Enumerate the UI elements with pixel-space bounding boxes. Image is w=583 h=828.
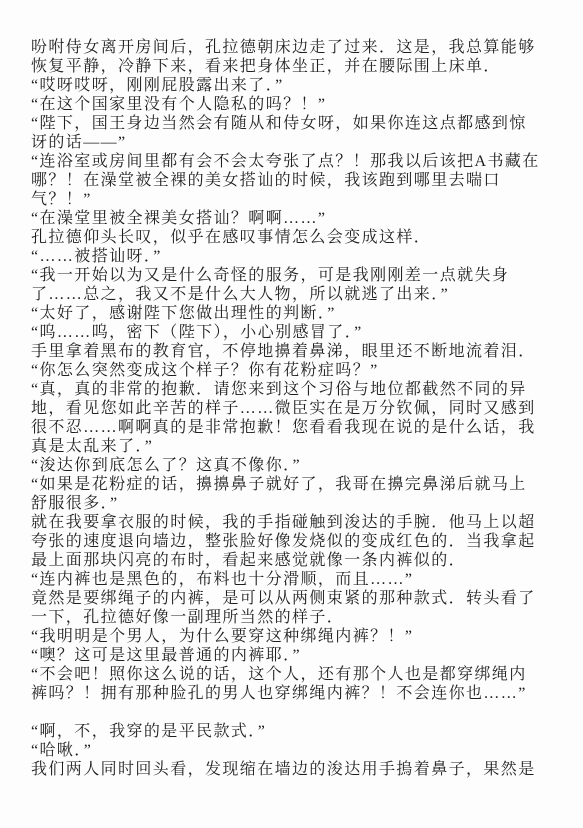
text-line: 竟然是要绑绳子的内裤，是可以从两侧束紧的那种款式．转头看了 (31, 589, 557, 608)
text-block: 吩咐侍女离开房间后，孔拉德朝床边走了过来．这是，我总算能够恢复平静，冷静下来，看… (31, 38, 557, 779)
text-line: 一下，孔拉德好像一副理所当然的样子． (31, 608, 557, 627)
text-line: “噢？这可是这里最普通的内裤耶．” (31, 646, 557, 665)
text-line: 地，看见您如此辛苦的样子……微臣实在是万分钦佩，同时又感到 (31, 399, 557, 418)
text-line: “陛下，国王身边当然会有随从和侍女呀，如果你连这点都感到惊 (31, 114, 557, 133)
text-line: 我们两人同时回头看，发现缩在墙边的浚达用手摀着鼻子，果然是 (31, 760, 557, 779)
text-line: “不会吧！照你这么说的话，这个人，还有那个人也是都穿绑绳内 (31, 665, 557, 684)
text-line: 舒服很多．” (31, 494, 557, 513)
text-line: “……被搭讪呀．” (31, 247, 557, 266)
text-line: “连内裤也是黑色的，布料也十分滑顺，而且……” (31, 570, 557, 589)
text-line: “在澡堂里被全裸美女搭讪？啊啊……” (31, 209, 557, 228)
text-line: “浚达你到底怎么了？这真不像你．” (31, 456, 557, 475)
text-line: “啊，不，我穿的是平民款式．” (31, 722, 557, 741)
novel-page: 吩咐侍女离开房间后，孔拉德朝床边走了过来．这是，我总算能够恢复平静，冷静下来，看… (0, 0, 583, 828)
text-line: 就在我要拿衣服的时候，我的手指碰触到浚达的手腕．他马上以超 (31, 513, 557, 532)
text-line: 最上面那块闪亮的布时，看起来感觉就像一条内裤似的． (31, 551, 557, 570)
text-line: “哎呀哎呀，刚刚屁股露出来了．” (31, 76, 557, 95)
text-line: “太好了，感谢陛下您做出理性的判断．” (31, 304, 557, 323)
text-line: “真，真的非常的抱歉．请您来到这个习俗与地位都截然不同的异 (31, 380, 557, 399)
text-line: “如果是花粉症的话，擤擤鼻子就好了，我哥在擤完鼻涕后就马上 (31, 475, 557, 494)
text-line: 真是太乱来了．” (31, 437, 557, 456)
text-line: 吩咐侍女离开房间后，孔拉德朝床边走了过来．这是，我总算能够 (31, 38, 557, 57)
text-line: “连浴室或房间里都有会不会太夸张了点？！那我以后该把A书藏在 (31, 152, 557, 171)
blank-line (31, 703, 557, 722)
text-line: “我明明是个男人，为什么要穿这种绑绳内裤？！” (31, 627, 557, 646)
text-line: “你怎么突然变成这个样子？你有花粉症吗？” (31, 361, 557, 380)
text-line: 手里拿着黑布的教育官，不停地擤着鼻涕，眼里还不断地流着泪． (31, 342, 557, 361)
text-line: 讶的话——” (31, 133, 557, 152)
text-line: 了……总之，我又不是什么大人物，所以就逃了出来．” (31, 285, 557, 304)
text-line: 夸张的速度退向墙边，整张脸好像发烧似的变成红色的．当我拿起 (31, 532, 557, 551)
text-line: 裤吗？！拥有那种脸孔的男人也穿绑绳内裤？！不会连你也……” (31, 684, 557, 703)
text-line: 哪？！在澡堂被全裸的美女搭讪的时候，我该跑到哪里去喘口 (31, 171, 557, 190)
text-line: “哈啾．” (31, 741, 557, 760)
text-line: “呜……呜，密下（陛下），小心别感冒了．” (31, 323, 557, 342)
text-line: 孔拉德仰头长叹，似乎在感叹事情怎么会变成这样． (31, 228, 557, 247)
text-line: 气？！” (31, 190, 557, 209)
text-line: “在这个国家里没有个人隐私的吗？！” (31, 95, 557, 114)
text-line: “我一开始以为又是什么奇怪的服务，可是我刚刚差一点就失身 (31, 266, 557, 285)
text-line: 恢复平静，冷静下来，看来把身体坐正，并在腰际围上床单． (31, 57, 557, 76)
text-line: 很不忍……啊啊真的是非常抱歉！您看看我现在说的是什么话，我 (31, 418, 557, 437)
